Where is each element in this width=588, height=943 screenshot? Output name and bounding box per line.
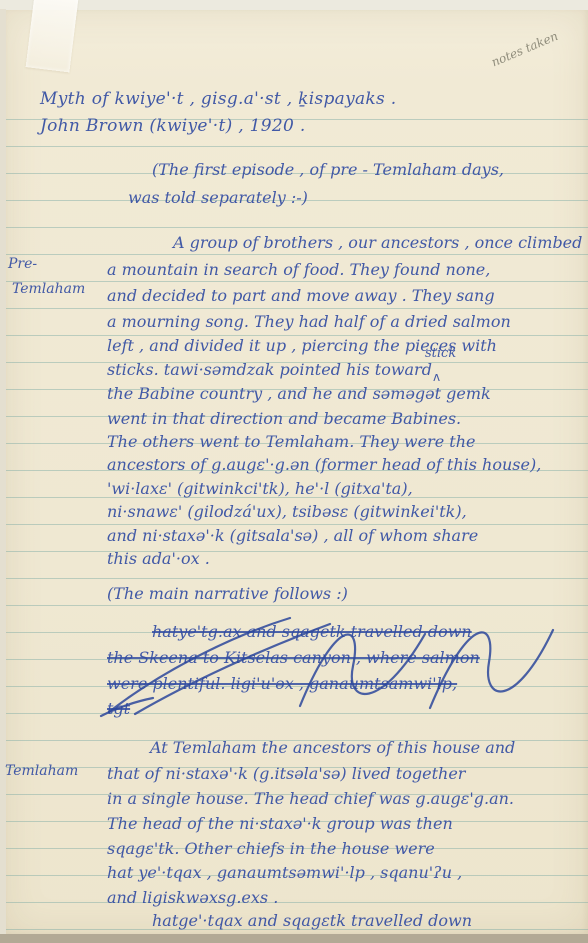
line-text-before-insert: sticks. tawi·səmdzak pointed his	[107, 360, 370, 379]
handwritten-line: ancestors of g.augɛ'·g.ən (former head o…	[107, 455, 541, 474]
handwritten-line: went in that direction and became Babine…	[107, 409, 461, 428]
handwritten-line: a mourning song. They had half of a drie…	[107, 312, 511, 331]
inserted-word: stick	[425, 346, 456, 361]
handwritten-line: and decided to part and move away . They…	[107, 286, 495, 305]
handwritten-line: ni·snawɛ' (gilodzá'ux), tsibəsɛ (gitwink…	[107, 502, 467, 521]
handwritten-line: that of ni·staxə'·k (g.itsəla'sə) lived …	[107, 764, 465, 783]
scan-edge-top	[0, 0, 588, 10]
handwritten-line: was told separately :-)	[128, 188, 308, 207]
handwritten-line: hatge'·tqax and sqagɛtk travelled down	[152, 911, 472, 930]
handwritten-line: a mountain in search of food. They found…	[107, 260, 490, 279]
handwritten-line: this ada'·ox .	[107, 549, 210, 568]
handwritten-line-struck: hatye'tg.ax and sqagetk travelled down	[152, 622, 472, 641]
handwritten-line: the Babine country , and he and səməgət …	[107, 384, 491, 403]
margin-note-temlaham-1: Temlaham	[12, 281, 85, 297]
margin-note-pre: Pre-	[8, 256, 37, 272]
handwritten-line: in a single house. The head chief was g.…	[107, 789, 514, 808]
handwritten-line: (The first episode , of pre - Temlaham d…	[152, 160, 504, 179]
margin-note-temlaham-2: Temlaham	[5, 763, 78, 779]
handwritten-line: At Temlaham the ancestors of this house …	[150, 738, 515, 757]
handwritten-line: hat ye'·tqax , ganaumtsəmwi'·lp , sqanu'…	[107, 863, 462, 882]
title-line-2: John Brown (kwiye'·t) , 1920 .	[40, 116, 306, 136]
handwritten-line-struck: the Skeena to Kitselas canyon , where sa…	[107, 648, 480, 667]
scan-edge-left	[0, 9, 6, 934]
handwritten-line-with-insert: sticks. tawi·səmdzak pointed hisstickʌ t…	[107, 360, 432, 379]
handwritten-line: sqagɛ'tk. Other chiefs in the house were	[107, 839, 435, 858]
handwritten-line-struck: were plentiful. ligi'u'əx , ganaumtsamwi…	[107, 674, 457, 693]
title-line-1: Myth of kwiye'·t , gisg.a'·st , ḵispayak…	[40, 89, 396, 109]
handwritten-line: The others went to Temlaham. They were t…	[107, 432, 476, 451]
tape-mark	[26, 0, 79, 72]
handwritten-line: 'wi·laxɛ' (gitwinkci'tk), he'·l (gitxa't…	[107, 479, 413, 498]
handwritten-line: The head of the ni·staxə'·k group was th…	[107, 814, 453, 833]
scan-edge-bottom	[0, 934, 588, 943]
handwritten-line: and ni·staxə'·k (gitsala'sə) , all of wh…	[107, 526, 478, 545]
insert-caret: ʌ	[433, 370, 440, 384]
handwritten-line: A group of brothers , our ancestors , on…	[173, 233, 582, 252]
handwritten-line-struck: tgt	[107, 699, 130, 718]
line-text-after-insert: toward	[370, 360, 432, 379]
handwritten-line: and ligiskwəxsg.exs .	[107, 888, 278, 907]
handwritten-line: (The main narrative follows :)	[107, 584, 348, 603]
